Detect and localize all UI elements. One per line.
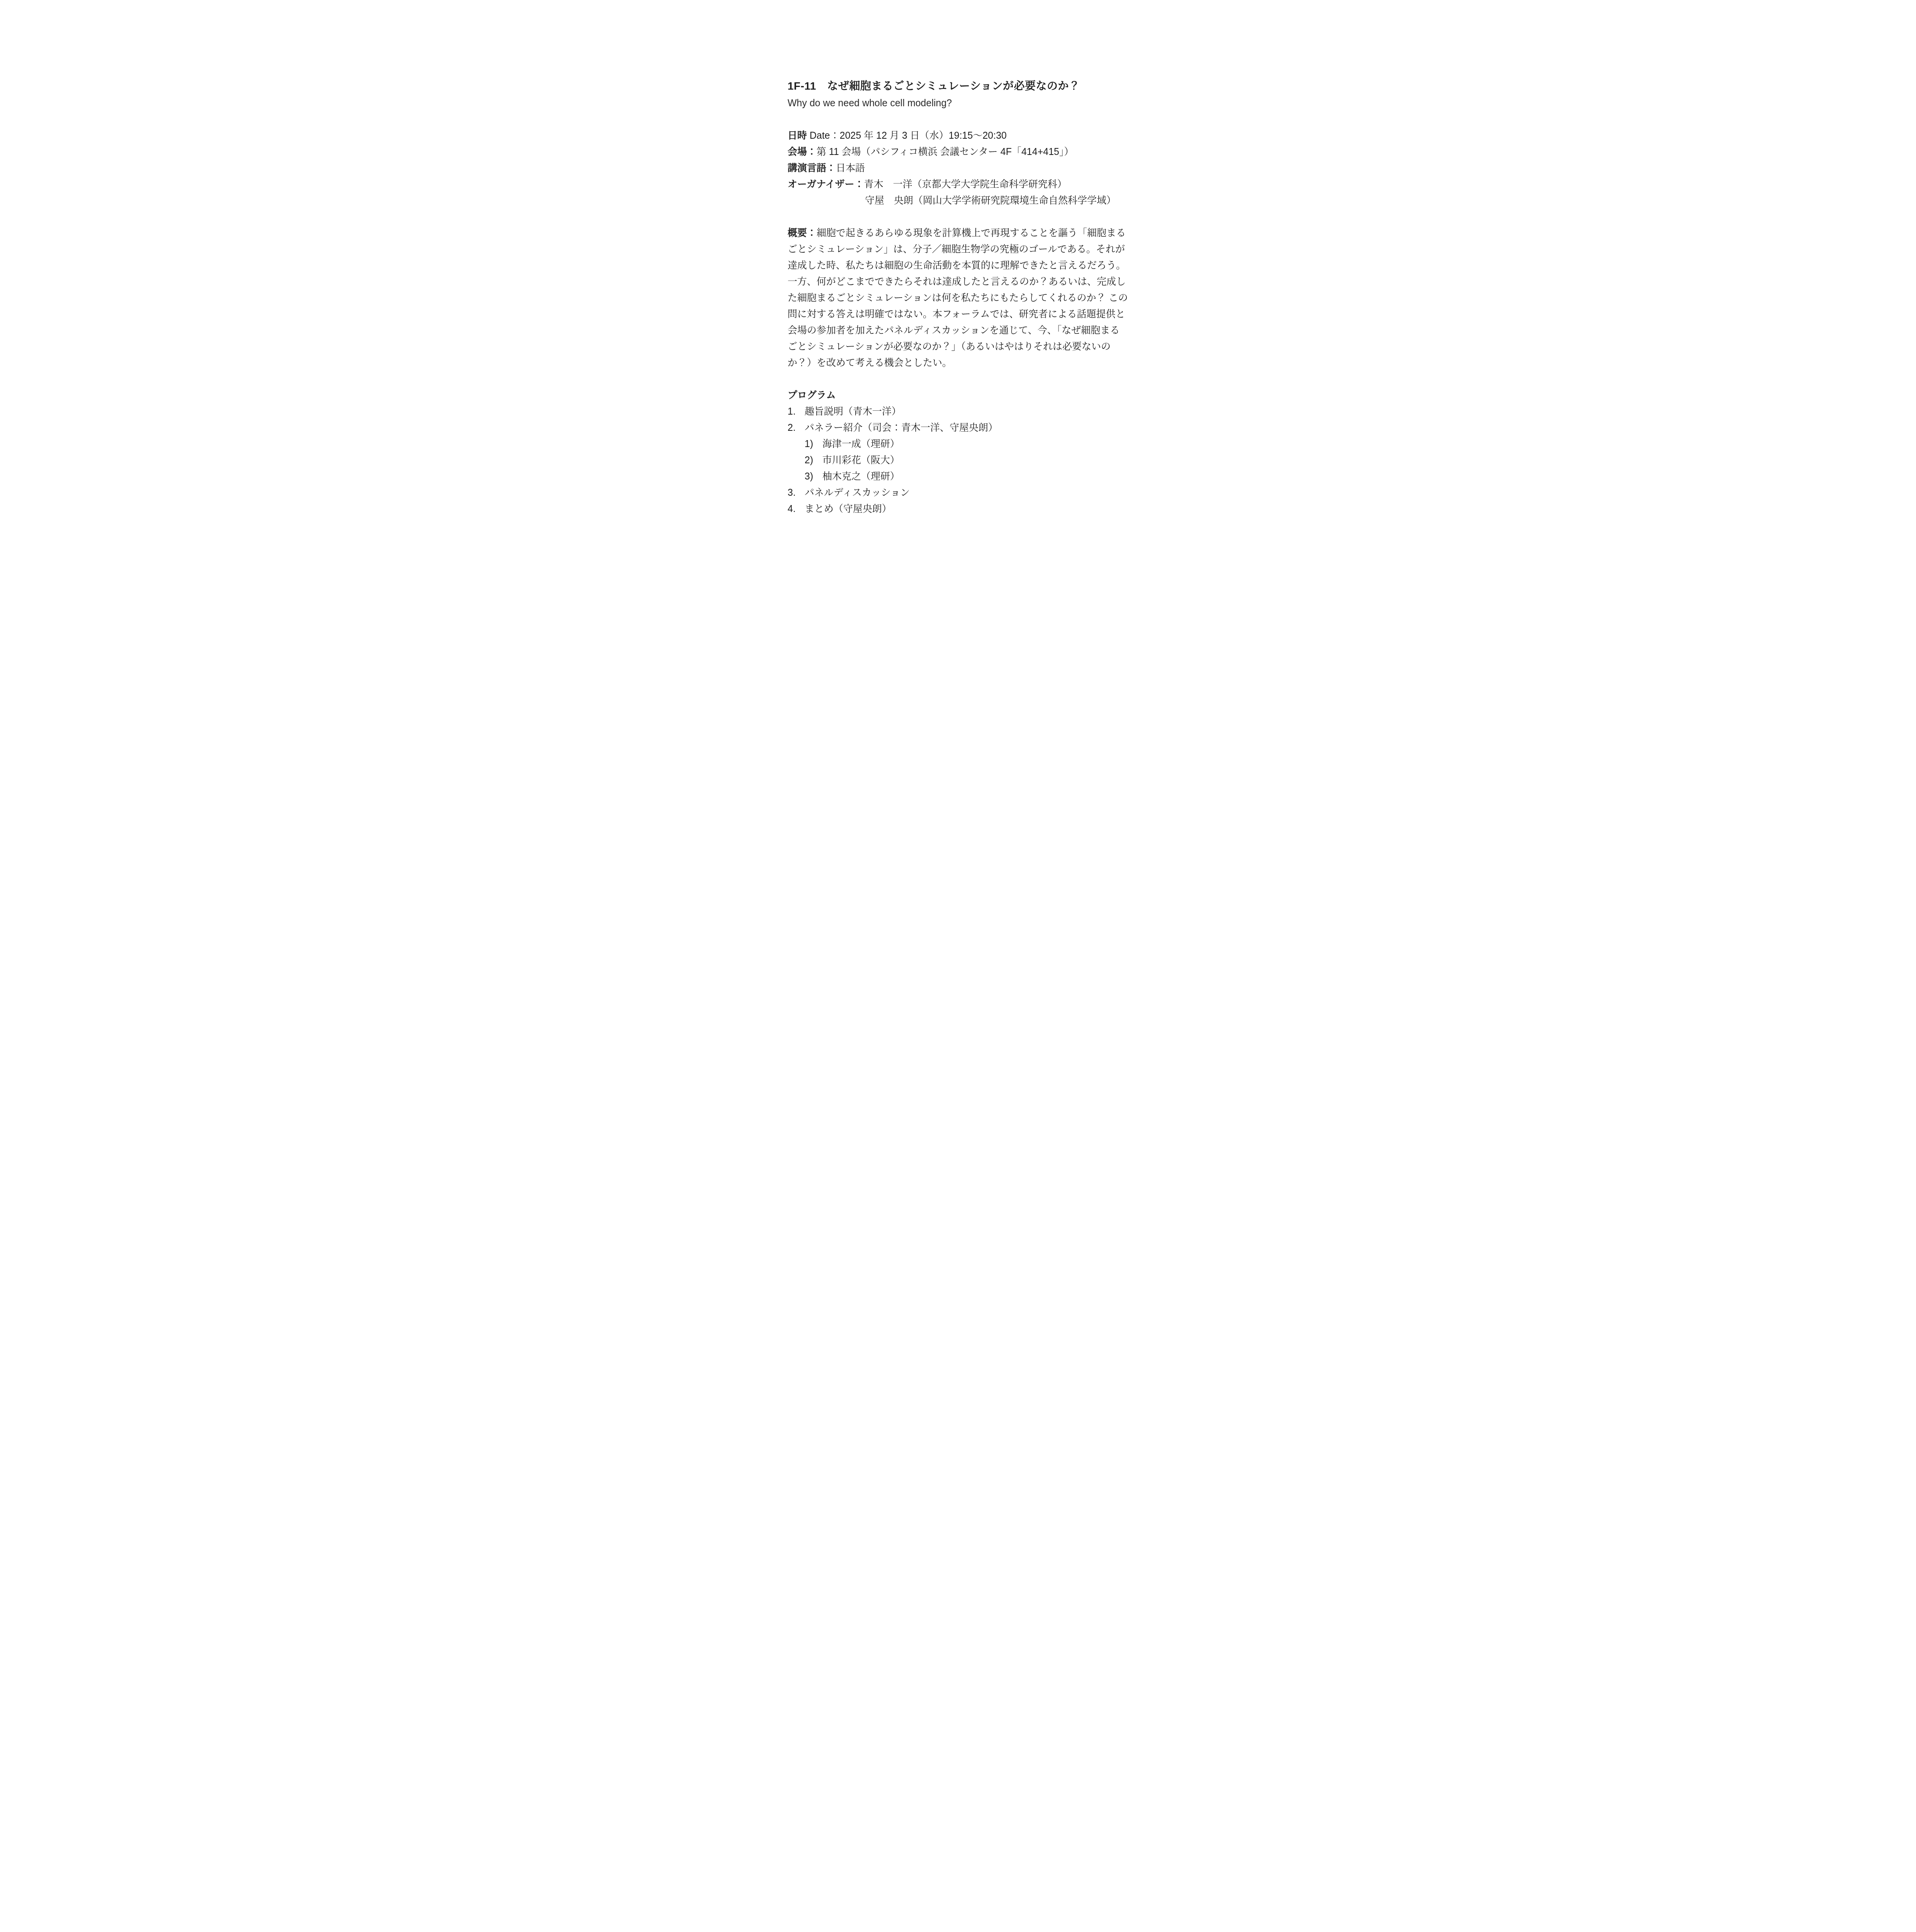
language-value: 日本語 [836,163,865,173]
info-line-organizer-2: 守屋 央朗（岡山大学学術研究院環境生命自然科学学域） [788,192,1130,209]
language-label: 講演言語： [788,163,836,173]
abstract-line-6: 問に対する答えは明確ではない。本フォーラムでは、研究者による話題提供と [788,306,1130,322]
program-subitem-2-text: 市川彩花（阪大） [822,455,900,466]
program-subitem-1-text: 海津一成（理研） [822,439,900,449]
info-line-date: 日時 Date：2025 年 12 月 3 日（水）19:15～20:30 [788,128,1130,144]
abstract-line-4: 一方、何がどこまでできたらそれは達成したと言えるのか？あるいは、完成し [788,274,1130,290]
program-subitem-3: 3)柚木克之（理研） [788,468,1130,485]
program-subitem-3-number: 3) [805,468,822,485]
abstract-line-2: ごとシミュレーション」は、分子／細胞生物学の究極のゴールである。それが [788,241,1130,257]
organizer-label: オーガナイザー： [788,179,864,190]
abstract-line-1-text: 細胞で起きるあらゆる現象を計算機上で再現することを謳う「細胞まる [817,228,1126,238]
program-item-1-text: 趣旨説明（青木一洋） [805,406,901,417]
abstract-label: 概要： [788,228,817,238]
session-subtitle-english: Why do we need whole cell modeling? [788,95,1130,111]
program-item-1-number: 1. [788,403,805,420]
abstract-line-1: 概要：細胞で起きるあらゆる現象を計算機上で再現することを謳う「細胞まる [788,225,1130,241]
spacer [788,371,1130,387]
info-line-venue: 会場：第 11 会場（パシフィコ横浜 会議センター 4F「414+415」） [788,144,1130,160]
info-line-language: 講演言語：日本語 [788,160,1130,176]
program-subitem-3-text: 柚木克之（理研） [822,471,900,482]
spacer [788,111,1130,128]
program-subitem-1: 1)海津一成（理研） [788,436,1130,452]
program-item-4-text: まとめ（守屋央朗） [805,503,892,514]
program-item-2: 2.パネラー紹介（司会：青木一洋、守屋央朗） [788,420,1130,436]
program-item-4: 4.まとめ（守屋央朗） [788,501,1130,517]
program-item-4-number: 4. [788,501,805,517]
info-line-organizer-1: オーガナイザー：青木 一洋（京都大学大学院生命科学研究科） [788,176,1130,192]
program-item-2-number: 2. [788,420,805,436]
date-label: 日時 [788,130,807,141]
program-subitem-1-number: 1) [805,436,822,452]
document-page: 1F-11 なぜ細胞まるごとシミュレーションが必要なのか？ Why do we … [718,0,1198,678]
abstract-line-9: か？）を改めて考える機会としたい。 [788,355,1130,371]
program-item-3-number: 3. [788,485,805,501]
program-item-1: 1.趣旨説明（青木一洋） [788,403,1130,420]
program-subitem-2: 2)市川彩花（阪大） [788,452,1130,468]
venue-label: 会場： [788,146,817,157]
program-item-3-text: パネルディスカッション [805,487,910,498]
abstract-line-5: た細胞まるごとシミュレーションは何を私たちにもたらしてくれるのか？ この [788,290,1130,306]
program-heading: プログラム [788,387,1130,403]
spacer [788,209,1130,225]
session-title: 1F-11 なぜ細胞まるごとシミュレーションが必要なのか？ [788,77,1130,95]
abstract-line-7: 会場の参加者を加えたパネルディスカッションを通じて、今、「なぜ細胞まる [788,322,1130,338]
abstract-line-3: 達成した時、私たちは細胞の生命活動を本質的に理解できたと言えるだろう。 [788,257,1130,274]
program-item-2-text: パネラー紹介（司会：青木一洋、守屋央朗） [805,422,998,433]
venue-value: 第 11 会場（パシフィコ横浜 会議センター 4F「414+415」） [817,146,1074,157]
organizer-2-value: 守屋 央朗（岡山大学学術研究院環境生命自然科学学域） [865,195,1116,206]
program-subitem-2-number: 2) [805,452,822,468]
organizer-1-value: 青木 一洋（京都大学大学院生命科学研究科） [864,179,1067,190]
abstract-line-8: ごとシミュレーションが必要なのか？」（あるいはやはりそれは必要ないの [788,338,1130,355]
program-item-3: 3.パネルディスカッション [788,485,1130,501]
date-value: Date：2025 年 12 月 3 日（水）19:15～20:30 [807,130,1007,141]
